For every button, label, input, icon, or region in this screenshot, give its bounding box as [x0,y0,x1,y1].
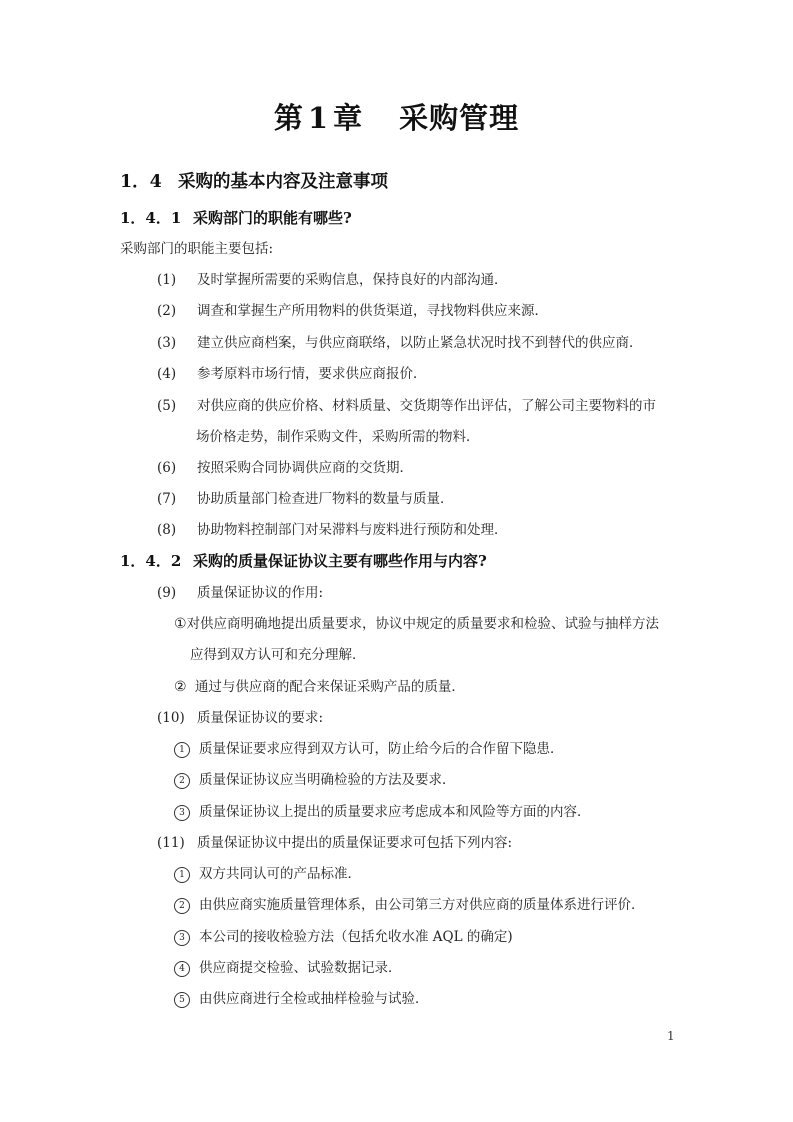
list-item-continuation: 场价格走势，制作采购文件，采购所需的物料． [196,425,480,445]
circled-number-icon: 1 [174,742,190,758]
list-item: (2)调查和掌握生产所用物料的供货渠道，寻找物料供应来源． [157,299,548,319]
page-number: 1 [667,1029,675,1043]
list-item: (7)协助质量部门检查进厂物料的数量与质量． [157,487,454,507]
subsection-number: 1．4．1 [120,207,193,228]
circled-number-icon: 3 [174,930,190,946]
sub-list-item: 2质量保证协议应当明确检验的方法及要求． [174,768,456,789]
list-item: (4)参考原料市场行情，要求供应商报价． [157,362,427,382]
sub-list-item: 3本公司的接收检验方法（包括允收水准 AQL 的确定) [174,925,513,946]
circled-number-icon: 1 [174,867,190,883]
chapter-title: 第1章采购管理 [0,96,793,137]
section-title: 采购的基本内容及注意事项 [178,172,388,192]
chapter-suffix: 章 [333,101,363,135]
subsection-title: 采购部门的职能有哪些? [193,209,352,227]
sub-list-item: 5由供应商进行全检或抽样检验与试验． [174,987,429,1008]
sub-list-item: 1质量保证要求应得到双方认可，防止给今后的合作留下隐患． [174,737,564,758]
sub-list-item: ①对供应商明确地提出质量要求，协议中规定的质量要求和检验、试验与抽样方法 [174,612,659,632]
subsection-heading-2: 1．4．2采购的质量保证协议主要有哪些作用与内容? [120,550,487,571]
circled-number-icon: ① [174,616,187,632]
list-item: (6)按照采购合同协调供应商的交货期． [157,456,413,476]
list-item: (1)及时掌握所需要的采购信息，保持良好的内部沟通． [157,268,508,288]
circled-number-icon: 2 [174,773,190,789]
circled-number-icon: 4 [174,961,190,977]
circled-number-icon: 5 [174,992,190,1008]
circled-number-icon: 3 [174,805,190,821]
chapter-name: 采购管理 [399,101,519,135]
sub-list-item: 4供应商提交检验、试验数据记录． [174,956,402,977]
list-item: (10)质量保证协议的要求: [157,706,323,726]
subsection-heading-1: 1．4．1采购部门的职能有哪些? [120,207,352,228]
sub-list-item-continuation: 应得到双方认可和充分理解． [190,643,366,663]
sub-list-item: 1双方共同认可的产品标准． [174,862,361,883]
document-page: 第1章采购管理 1．4采购的基本内容及注意事项 1．4．1采购部门的职能有哪些?… [0,0,793,1122]
list-item: (3)建立供应商档案，与供应商联络，以防止紧急状况时找不到替代的供应商． [157,331,643,351]
section-number: 1．4 [120,168,178,193]
chapter-number: 1 [308,101,329,135]
subsection-title: 采购的质量保证协议主要有哪些作用与内容? [193,552,487,570]
circled-number-icon: 2 [174,898,190,914]
list-item: (5)对供应商的供应价格、材料质量、交货期等作出评估，了解公司主要物料的市 [157,394,656,414]
sub-list-item: ② 通过与供应商的配合来保证采购产品的质量． [174,675,465,695]
intro-paragraph: 采购部门的职能主要包括: [120,237,273,257]
list-item: (8)协助物料控制部门对呆滞料与废料进行预防和处理． [157,518,508,538]
list-item: (9)质量保证协议的作用: [157,581,323,601]
subsection-number: 1．4．2 [120,550,193,571]
circled-number-icon: ② [174,679,187,695]
section-heading: 1．4采购的基本内容及注意事项 [120,168,388,193]
chapter-prefix: 第 [274,101,304,135]
sub-list-item: 2由供应商实施质量管理体系，由公司第三方对供应商的质量体系进行评价． [174,893,645,914]
list-item: (11)质量保证协议中提出的质量保证要求可包括下列内容: [157,831,512,851]
sub-list-item: 3质量保证协议上提出的质量要求应考虑成本和风险等方面的内容． [174,800,591,821]
